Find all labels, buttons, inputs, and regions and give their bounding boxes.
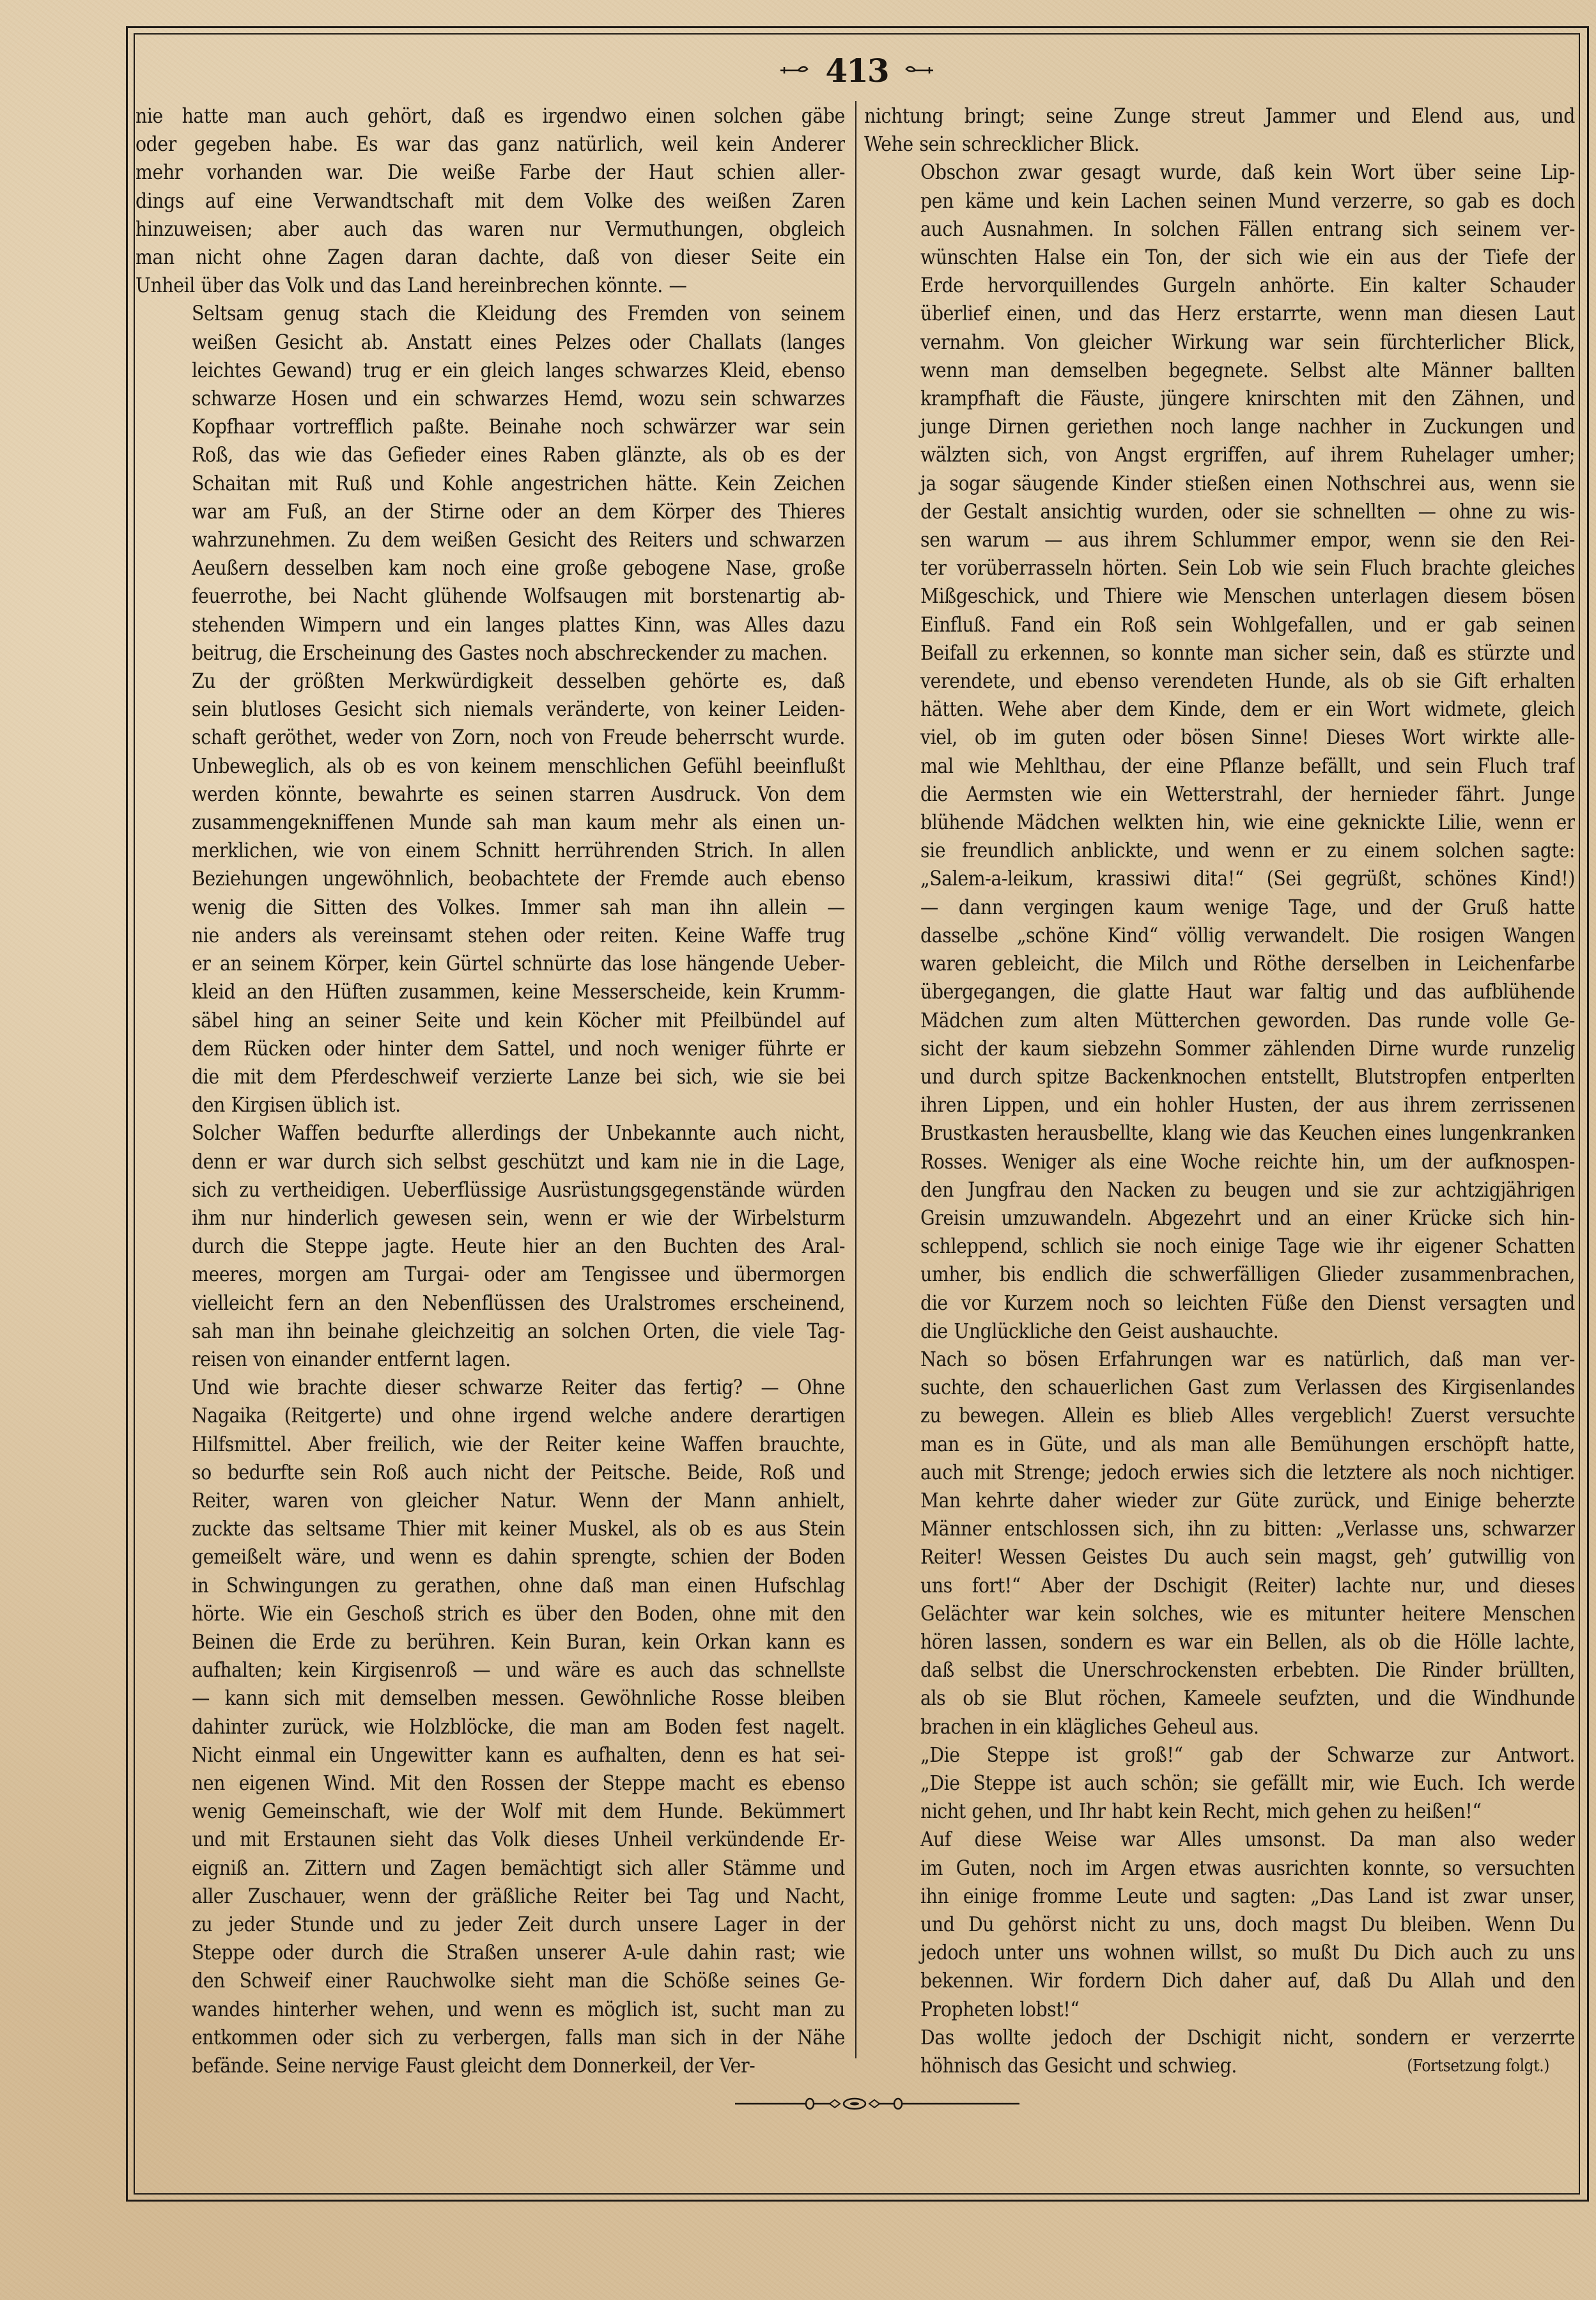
- text-line: Wehe sein schrecklicher Blick.: [864, 130, 1575, 159]
- text-line: Beziehungen ungewöhnlich, beobachtete de…: [136, 865, 845, 893]
- paragraph: nie hatte man auch gehört, daß es irgend…: [136, 102, 845, 300]
- text-line: Beifall zu erkennen, so konnte man siche…: [864, 639, 1575, 667]
- text-line: Gelächter war kein solches, wie es mitun…: [864, 1600, 1575, 1628]
- text-line: sah man ihn beinahe gleichzeitig an solc…: [136, 1317, 845, 1346]
- text-line: wenig Gemeinschaft, wie der Wolf mit dem…: [136, 1798, 845, 1826]
- text-line: im Guten, noch im Argen etwas ausrichten…: [864, 1854, 1575, 1883]
- text-line: kleid an den Hüften zusammen, keine Mess…: [136, 978, 845, 1006]
- text-line: Nach so bösen Erfahrungen war es natürli…: [864, 1346, 1575, 1374]
- text-line: Greisin umzuwandeln. Abgezehrt und an ei…: [864, 1204, 1575, 1232]
- text-line: man nicht ohne Zagen daran dachte, daß v…: [136, 244, 845, 272]
- text-line: zusammengekniffenen Munde sah man kaum m…: [136, 809, 845, 837]
- text-line: den Kirgisen üblich ist.: [136, 1091, 845, 1119]
- paragraph: Auf diese Weise war Alles umsonst. Da ma…: [864, 1826, 1575, 2023]
- text-line: feuerrothe, bei Nacht glühende Wolfsauge…: [136, 582, 845, 610]
- text-line: die vor Kurzem noch so leichten Füße den…: [864, 1289, 1575, 1317]
- text-line: Nicht einmal ein Ungewitter kann es aufh…: [136, 1741, 845, 1769]
- text-line: befände. Seine nervige Faust gleicht dem…: [136, 2052, 845, 2080]
- text-line: ja sogar säugende Kinder stießen einen N…: [864, 470, 1575, 498]
- text-line: junge Dirnen geriethen noch lange nachhe…: [864, 413, 1575, 441]
- paragraph: nichtung bringt; seine Zunge streut Jamm…: [864, 102, 1575, 159]
- text-line: Beinen die Erde zu berühren. Kein Buran,…: [136, 1628, 845, 1656]
- text-line: stehenden Wimpern und ein langes plattes…: [136, 611, 845, 639]
- page-header: 413: [134, 51, 1580, 89]
- text-line: „Salem-a-leikum, krassiwi dita!“ (Sei ge…: [864, 865, 1575, 893]
- text-line: Unheil über das Volk und das Land herein…: [136, 272, 845, 300]
- text-line: Mädchen zum alten Mütterchen geworden. D…: [864, 1007, 1575, 1035]
- text-line: auch mit Strenge; jedoch erwies sich die…: [864, 1459, 1575, 1487]
- text-line: Solcher Waffen bedurfte allerdings der U…: [136, 1119, 845, 1147]
- text-line: so bedurfte sein Roß auch nicht der Peit…: [136, 1459, 845, 1487]
- text-line: Auf diese Weise war Alles umsonst. Da ma…: [864, 1826, 1575, 1854]
- text-line: dem Rücken oder hinter dem Sattel, und n…: [136, 1035, 845, 1063]
- text-line: ihm nur hinderlich gewesen sein, wenn er…: [136, 1204, 845, 1232]
- text-line: zu bewegen. Allein es blieb Alles vergeb…: [864, 1402, 1575, 1430]
- text-line: und Du gehörst nicht zu uns, doch magst …: [864, 1911, 1575, 1939]
- text-line: hören lassen, sondern es war ein Bellen,…: [864, 1628, 1575, 1656]
- text-line: sicht der kaum siebzehn Sommer zählenden…: [864, 1035, 1575, 1063]
- text-line: wünschten Halse ein Ton, der sich wie ei…: [864, 244, 1575, 272]
- text-line: und durch spitze Backenknochen entstellt…: [864, 1063, 1575, 1091]
- ornament-left-icon: [779, 61, 811, 80]
- text-line: den Jungfrau den Nacken zu beugen und si…: [864, 1176, 1575, 1204]
- text-line: brachen in ein klägliches Geheul aus.: [864, 1713, 1575, 1741]
- paragraph: Obschon zwar gesagt wurde, daß kein Wort…: [864, 159, 1575, 1346]
- text-line: wahrzunehmen. Zu dem weißen Gesicht des …: [136, 526, 845, 554]
- text-line: den Schweif einer Rauchwolke sieht man d…: [136, 1967, 845, 1995]
- text-line: — kann sich mit demselben messen. Gewöhn…: [136, 1684, 845, 1713]
- text-line: auch Ausnahmen. In solchen Fällen entran…: [864, 215, 1575, 244]
- text-line: nicht gehen, und Ihr habt kein Recht, mi…: [864, 1798, 1575, 1826]
- text-line: wandes hinterher wehen, und wenn es mögl…: [136, 1996, 845, 2024]
- text-line: nie hatte man auch gehört, daß es irgend…: [136, 102, 845, 130]
- text-line: schaft geröthet, weder von Zorn, noch vo…: [136, 724, 845, 752]
- text-line: die Unglückliche den Geist aushauchte.: [864, 1317, 1575, 1346]
- text-line: Seltsam genug stach die Kleidung des Fre…: [136, 300, 845, 328]
- text-line: sie freundlich anblickte, und wenn er zu…: [864, 837, 1575, 865]
- text-line: sich zu vertheidigen. Ueberflüssige Ausr…: [136, 1176, 845, 1204]
- text-line: als ob sie Blut röchen, Kameele seufzten…: [864, 1684, 1575, 1713]
- text-line: zuckte das seltsame Thier mit keiner Mus…: [136, 1515, 845, 1543]
- text-line: hörte. Wie ein Geschoß strich es über de…: [136, 1600, 845, 1628]
- text-line: beitrug, die Erscheinung des Gastes noch…: [136, 639, 845, 667]
- text-line: er an seinem Körper, kein Gürtel schnürt…: [136, 950, 845, 978]
- text-line: Man kehrte daher wieder zur Güte zurück,…: [864, 1487, 1575, 1515]
- text-line: blühende Mädchen welkten hin, wie eine g…: [864, 809, 1575, 837]
- text-line: war am Fuß, an der Stirne oder an dem Kö…: [136, 498, 845, 526]
- text-line: Zu der größten Merkwürdigkeit desselben …: [136, 667, 845, 695]
- text-line: jedoch unter uns wohnen willst, so mußt …: [864, 1939, 1575, 1967]
- text-line: nichtung bringt; seine Zunge streut Jamm…: [864, 102, 1575, 130]
- paragraph: Zu der größten Merkwürdigkeit desselben …: [136, 667, 845, 1119]
- text-line: eigniß an. Zittern und Zagen bemächtigt …: [136, 1854, 845, 1883]
- text-line: mal wie Mehlthau, der eine Pflanze befäl…: [864, 752, 1575, 781]
- text-line: ihren Lippen, und ein hohler Husten, der…: [864, 1091, 1575, 1119]
- text-line: ter vorüberrasseln hörten. Sein Lob wie …: [864, 554, 1575, 582]
- text-line: Reiter! Wessen Geistes Du auch sein mags…: [864, 1543, 1575, 1571]
- text-line: Das wollte jedoch der Dschigit nicht, so…: [864, 2024, 1575, 2052]
- ornament-right-icon: [903, 61, 934, 80]
- text-line: — dann vergingen kaum wenige Tage, und d…: [864, 894, 1575, 922]
- text-line: pen käme und kein Lachen seinen Mund ver…: [864, 187, 1575, 215]
- text-line: Rosses. Weniger als eine Woche reichte h…: [864, 1148, 1575, 1176]
- paragraph: Das wollte jedoch der Dschigit nicht, so…: [864, 2024, 1575, 2080]
- text-line: man es in Güte, und als man alle Bemühun…: [864, 1431, 1575, 1459]
- text-line: uns fort!“ Aber der Dschigit (Reiter) la…: [864, 1572, 1575, 1600]
- text-line: denn er war durch sich selbst geschützt …: [136, 1148, 845, 1176]
- text-line: übergegangen, die glatte Haut war faltig…: [864, 978, 1575, 1006]
- text-line: Unbeweglich, als ob es von keinem mensch…: [136, 752, 845, 781]
- text-line: Propheten lobst!“: [864, 1996, 1575, 2024]
- text-line: reisen von einander entfernt lagen.: [136, 1346, 845, 1374]
- text-line: umher, bis endlich die schwerfälligen Gl…: [864, 1261, 1575, 1289]
- paragraph: Solcher Waffen bedurfte allerdings der U…: [136, 1119, 845, 1374]
- text-line: der Gestalt ansichtig wurden, oder sie s…: [864, 498, 1575, 526]
- text-line: Einfluß. Fand ein Roß sein Wohlgefallen,…: [864, 611, 1575, 639]
- text-line: bekennen. Wir fordern Dich daher auf, da…: [864, 1967, 1575, 1995]
- text-line: in Schwingungen zu gerathen, ohne daß ma…: [136, 1572, 845, 1600]
- paragraph: Seltsam genug stach die Kleidung des Fre…: [136, 300, 845, 667]
- text-line: meeres, morgen am Turgai- oder am Tengis…: [136, 1261, 845, 1289]
- column-divider: [855, 101, 856, 2058]
- text-line: aller Zuschauer, wenn der gräßliche Reit…: [136, 1883, 845, 1911]
- end-ornament-rule-icon: [735, 2094, 1023, 2113]
- paragraph: „Die Steppe ist groß!“ gab der Schwarze …: [864, 1741, 1575, 1826]
- text-line: Reiter, waren von gleicher Natur. Wenn d…: [136, 1487, 845, 1515]
- text-line: vielleicht fern an den Nebenflüssen des …: [136, 1289, 845, 1317]
- text-line: Obschon zwar gesagt wurde, daß kein Wort…: [864, 159, 1575, 187]
- text-line: Männer entschlossen sich, ihn zu bitten:…: [864, 1515, 1575, 1543]
- text-line: leichtes Gewand) trug er ein gleich lang…: [136, 357, 845, 385]
- text-line: mehr vorhanden war. Die weiße Farbe der …: [136, 159, 845, 187]
- text-line: säbel hing an seiner Seite und kein Köch…: [136, 1007, 845, 1035]
- text-line: Schaitan mit Ruß und Kohle angestrichen …: [136, 470, 845, 498]
- page-number: 413: [825, 52, 888, 89]
- text-line: aufhalten; kein Kirgisenroß — und wäre e…: [136, 1656, 845, 1684]
- text-line: waren gebleicht, die Milch und Röthe der…: [864, 950, 1575, 978]
- text-line: werden könnte, bewahrte es seinen starre…: [136, 781, 845, 809]
- text-line: oder gegeben habe. Es war das ganz natür…: [136, 130, 845, 159]
- text-line: vernahm. Von gleicher Wirkung war sein f…: [864, 329, 1575, 357]
- text-line: die Aermsten wie ein Wetterstrahl, der h…: [864, 781, 1575, 809]
- text-line: Steppe oder durch die Straßen unserer A-…: [136, 1939, 845, 1967]
- left-column: nie hatte man auch gehört, daß es irgend…: [136, 102, 845, 2080]
- text-line: schleppend, schlich sie noch einige Tage…: [864, 1232, 1575, 1261]
- text-line: suchte, den schauerlichen Gast zum Verla…: [864, 1374, 1575, 1402]
- text-line: Kopfhaar vortrefflich paßte. Beinahe noc…: [136, 413, 845, 441]
- text-line: nen eigenen Wind. Mit den Rossen der Ste…: [136, 1769, 845, 1798]
- text-line: hätten. Wehe aber dem Kinde, dem er ein …: [864, 695, 1575, 724]
- text-line: Und wie brachte dieser schwarze Reiter d…: [136, 1374, 845, 1402]
- text-line: „Die Steppe ist auch schön; sie gefällt …: [864, 1769, 1575, 1798]
- text-line: und mit Erstaunen sieht das Volk dieses …: [136, 1826, 845, 1854]
- text-line: sen warum — aus ihrem Schlummer empor, w…: [864, 526, 1575, 554]
- text-line: wenn man demselben begegnete. Selbst alt…: [864, 357, 1575, 385]
- text-line: weißen Gesicht ab. Anstatt eines Pelzes …: [136, 329, 845, 357]
- text-line: Aeußern desselben kam noch eine große ge…: [136, 554, 845, 582]
- text-line: Mißgeschick, und Thiere wie Menschen unt…: [864, 582, 1575, 610]
- text-line: dasselbe „schöne Kind“ völlig verwandelt…: [864, 922, 1575, 950]
- text-line: Erde hervorquillendes Gurgeln anhörte. E…: [864, 272, 1575, 300]
- text-line: wälzten sich, von Angst ergriffen, auf i…: [864, 441, 1575, 469]
- text-line: krampfhaft die Fäuste, jüngere knirschte…: [864, 385, 1575, 413]
- text-line: verendete, und ebenso verendeten Hunde, …: [864, 667, 1575, 695]
- text-line: Hilfsmittel. Aber freilich, wie der Reit…: [136, 1431, 845, 1459]
- paragraph: Und wie brachte dieser schwarze Reiter d…: [136, 1374, 845, 2080]
- continuation-note: (Fortsetzung folgt.): [1351, 2052, 1549, 2080]
- text-line: viel, ob im guten oder bösen Sinne! Dies…: [864, 724, 1575, 752]
- text-line: gemeißelt wäre, und wenn es dahin spreng…: [136, 1543, 845, 1571]
- text-line: die mit dem Pferdeschweif verzierte Lanz…: [136, 1063, 845, 1091]
- text-line: wenig die Sitten des Volkes. Immer sah m…: [136, 894, 845, 922]
- text-line: schwarze Hosen und ein schwarzes Hemd, w…: [136, 385, 845, 413]
- text-line: Brustkasten herausbellte, klang wie das …: [864, 1119, 1575, 1147]
- text-line: Nagaika (Reitgerte) und ohne irgend welc…: [136, 1402, 845, 1430]
- text-line: entkommen oder sich zu verbergen, falls …: [136, 2024, 845, 2052]
- right-column: nichtung bringt; seine Zunge streut Jamm…: [864, 102, 1575, 2080]
- text-line: dahinter zurück, wie Holzblöcke, die man…: [136, 1713, 845, 1741]
- text-line: hinzuweisen; aber auch das waren nur Ver…: [136, 215, 845, 244]
- text-line: überlief einen, und das Herz erstarrte, …: [864, 300, 1575, 328]
- text-line: sein blutloses Gesicht sich niemals verä…: [136, 695, 845, 724]
- text-line: nie anders als vereinsamt stehen oder re…: [136, 922, 845, 950]
- text-line: merklichen, wie von einem Schnitt herrüh…: [136, 837, 845, 865]
- paragraph: Nach so bösen Erfahrungen war es natürli…: [864, 1346, 1575, 1741]
- text-line: Roß, das wie das Gefieder eines Raben gl…: [136, 441, 845, 469]
- text-line: daß selbst die Unerschrockensten erbebte…: [864, 1656, 1575, 1684]
- text-line: dings auf eine Verwandtschaft mit dem Vo…: [136, 187, 845, 215]
- text-line: zu jeder Stunde und zu jeder Zeit durch …: [136, 1911, 845, 1939]
- text-line: „Die Steppe ist groß!“ gab der Schwarze …: [864, 1741, 1575, 1769]
- text-line: durch die Steppe jagte. Heute hier an de…: [136, 1232, 845, 1261]
- text-line: ihn einige fromme Leute und sagten: „Das…: [864, 1883, 1575, 1911]
